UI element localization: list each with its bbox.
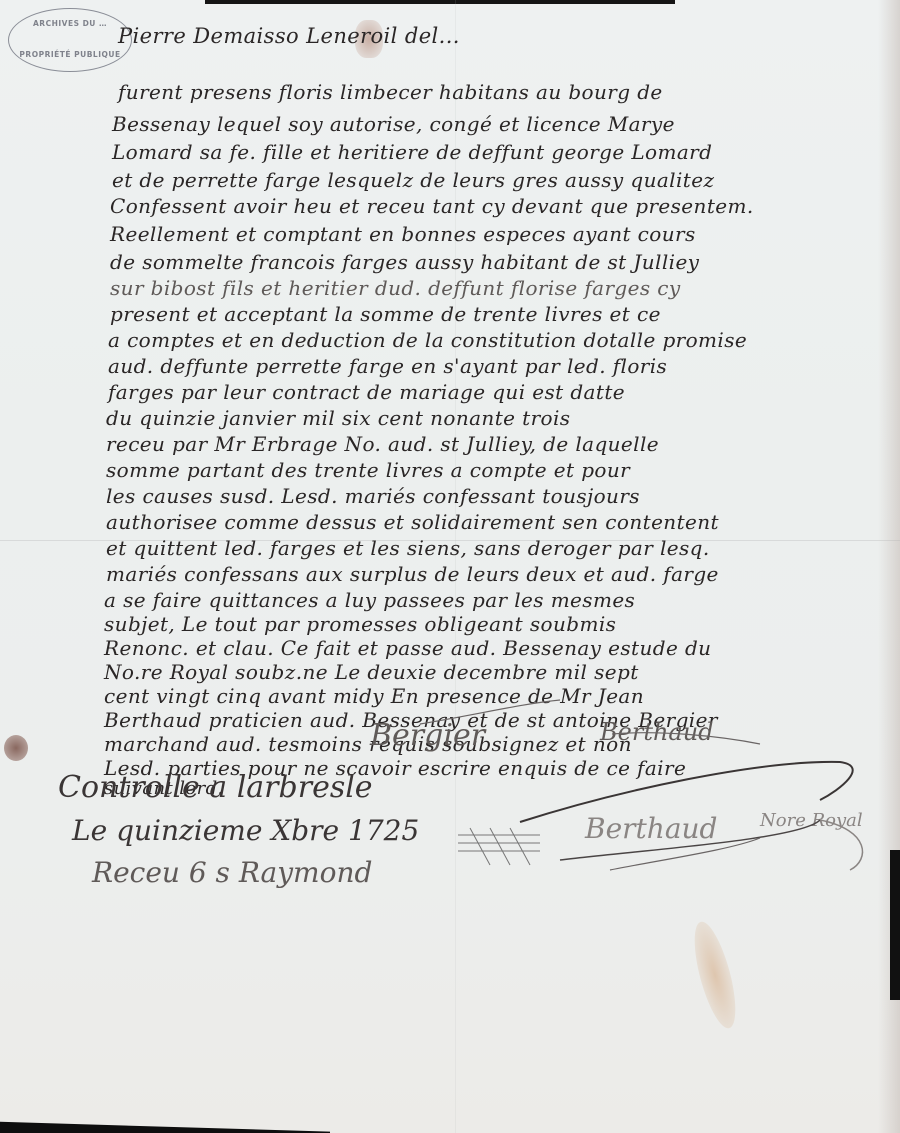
signature-flourishes	[0, 0, 900, 1133]
paraph-crosshatch	[458, 828, 540, 865]
document-page: ARCHIVES DU … PROPRIÉTÉ PUBLIQUE Pierre …	[0, 0, 900, 1133]
